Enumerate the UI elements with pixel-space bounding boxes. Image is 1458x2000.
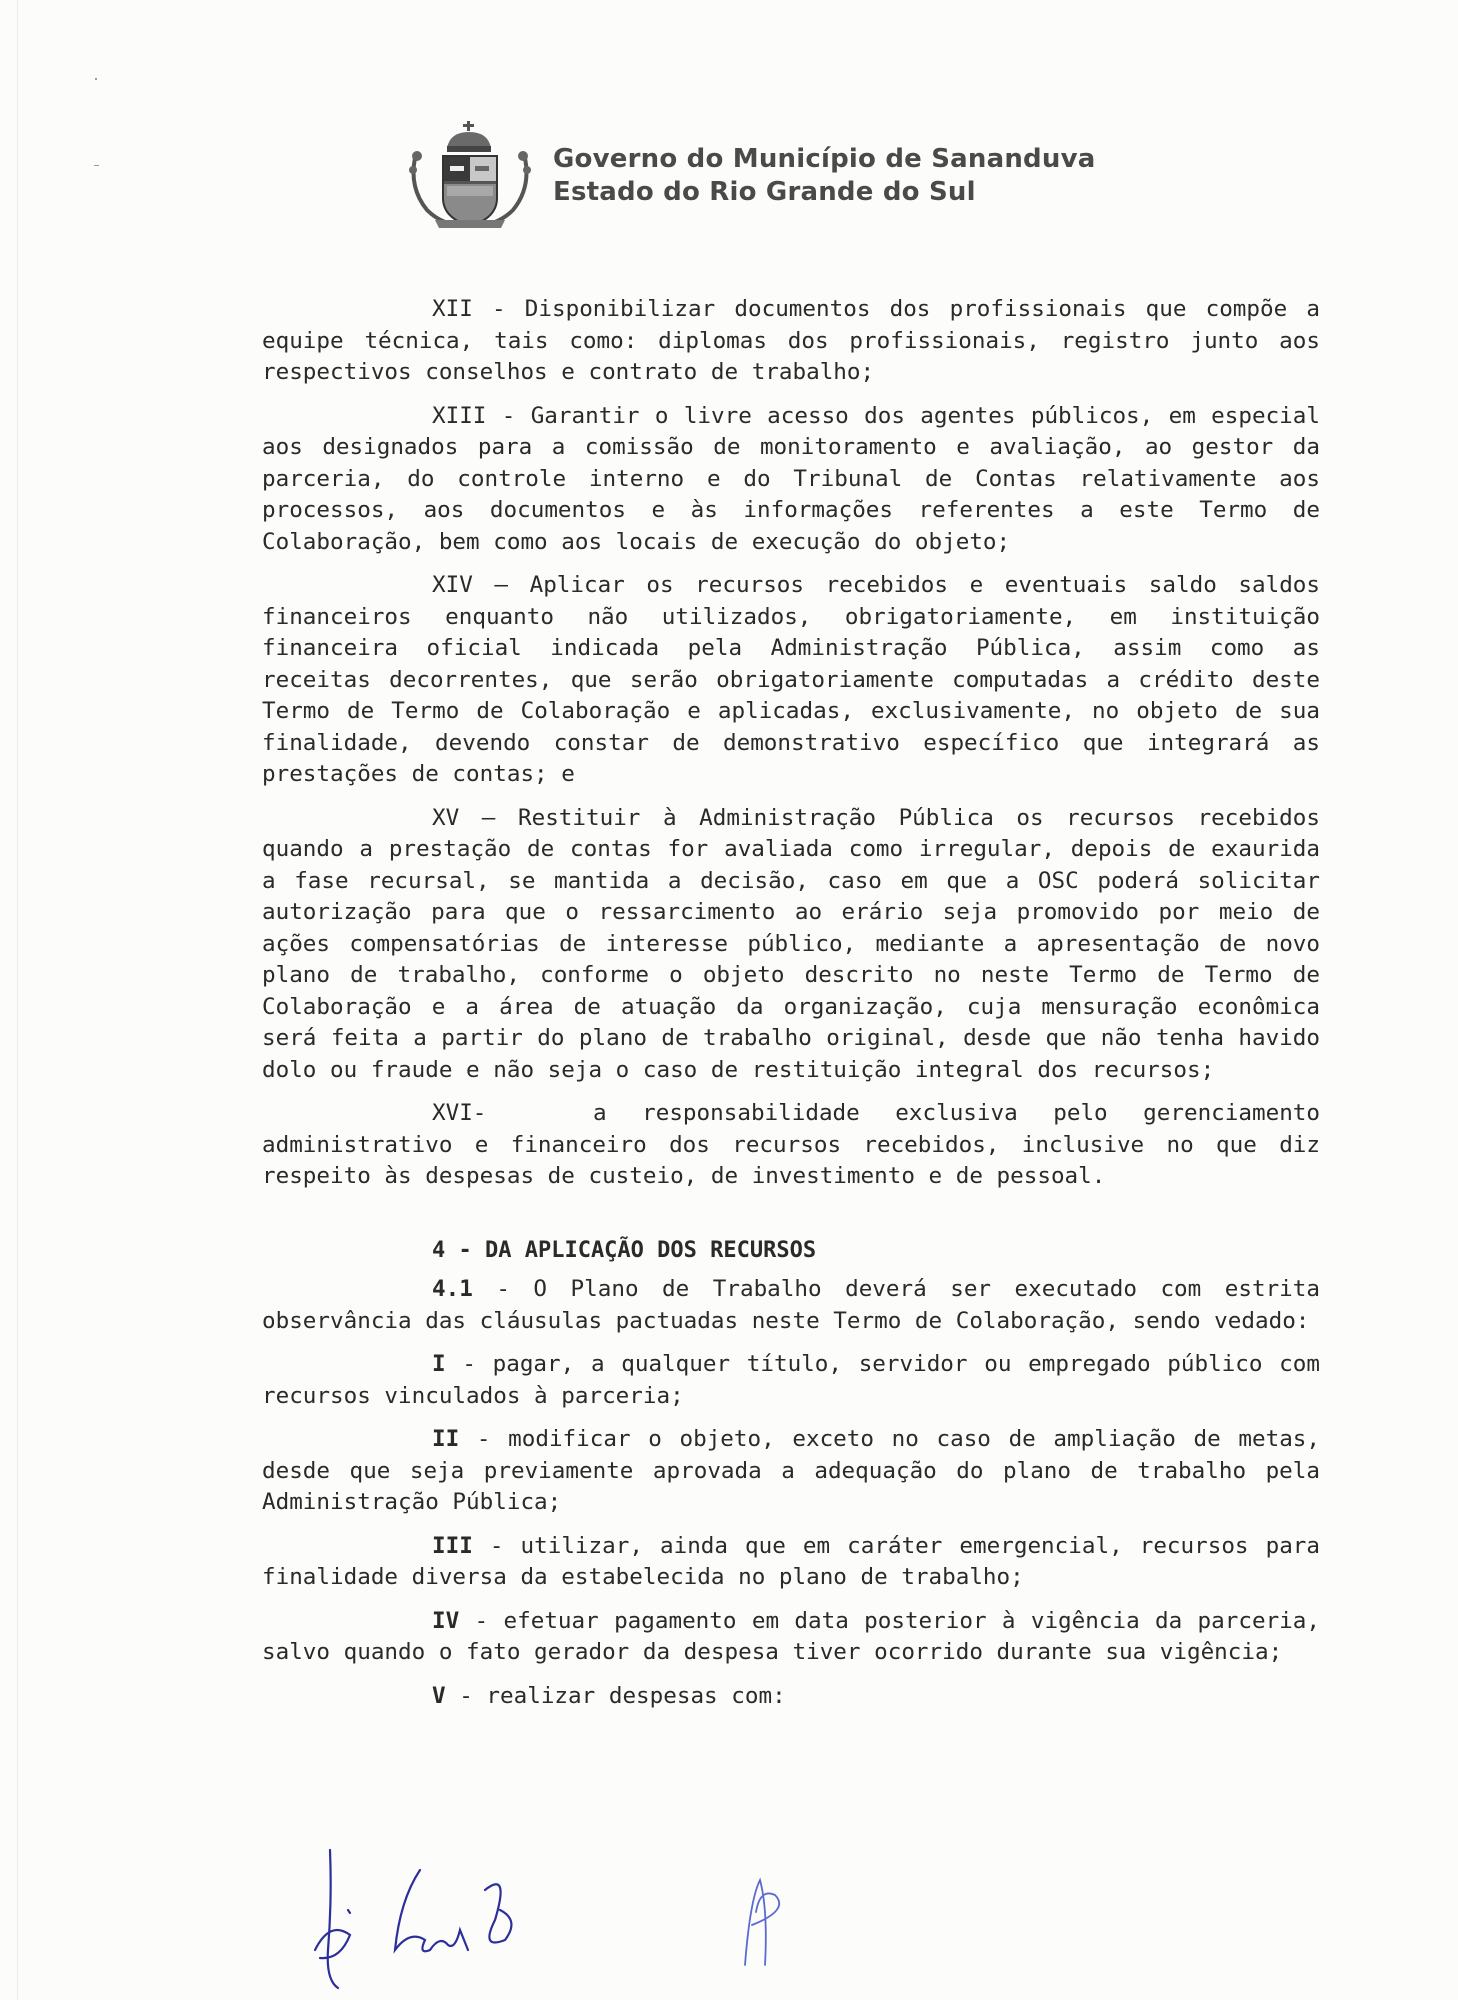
document-body: XII - Disponibilizar documentos dos prof…	[262, 294, 1320, 1724]
clause-item-xv: XV – Restituir à Administração Pública o…	[262, 803, 1320, 1087]
signature-left-icon	[315, 1850, 511, 1988]
section-heading: 4 - DA APLICAÇÃO DOS RECURSOS	[262, 1235, 1320, 1267]
item-text: Restituir à Administração Pública os rec…	[262, 805, 1320, 1083]
item-text: a responsabilidade exclusiva pelo gerenc…	[262, 1100, 1320, 1189]
clause-item-xiv: XIV – Aplicar os recursos recebidos e ev…	[262, 570, 1320, 791]
municipality-name: Governo do Município de Sananduva	[553, 143, 1095, 176]
scan-speck	[94, 165, 99, 166]
clause-item-xiii: XIII - Garantir o livre acesso dos agent…	[262, 401, 1320, 559]
item-number: XIV –	[432, 572, 508, 598]
item-text: - utilizar, ainda que em caráter emergen…	[262, 1533, 1320, 1591]
item-text: - realizar despesas com:	[446, 1683, 786, 1709]
item-number: II	[432, 1426, 459, 1452]
item-number: XV –	[432, 805, 495, 831]
scan-speck	[95, 78, 97, 80]
item-number: XVI-	[432, 1100, 486, 1126]
clause-item-xii: XII - Disponibilizar documentos dos prof…	[262, 294, 1320, 389]
prohibition-item-iii: III - utilizar, ainda que em caráter eme…	[262, 1531, 1320, 1594]
clause-text: - O Plano de Trabalho deverá ser executa…	[262, 1276, 1320, 1334]
item-number: III	[432, 1533, 473, 1559]
prohibition-item-v: V - realizar despesas com:	[262, 1681, 1320, 1713]
scan-edge	[17, 0, 18, 2000]
state-name: Estado do Rio Grande do Sul	[553, 176, 1095, 209]
item-text: Garantir o livre acesso dos agentes públ…	[262, 403, 1320, 555]
item-text: - pagar, a qualquer título, servidor ou …	[262, 1351, 1320, 1409]
item-text: Aplicar os recursos recebidos e eventuai…	[262, 572, 1320, 787]
signature-right-icon	[745, 1880, 779, 1965]
prohibition-item-iv: IV - efetuar pagamento em data posterior…	[262, 1606, 1320, 1669]
item-number: XII -	[432, 296, 506, 322]
item-number: IV	[432, 1608, 459, 1634]
item-text: - efetuar pagamento em data posterior à …	[262, 1608, 1320, 1666]
item-number: XIII -	[432, 403, 515, 429]
clause-number: 4.1	[432, 1276, 473, 1302]
clause-item-xvi: XVI- a responsabilidade exclusiva pelo g…	[262, 1098, 1320, 1193]
prohibition-item-i: I - pagar, a qualquer título, servidor o…	[262, 1349, 1320, 1412]
item-text: Disponibilizar documentos dos profission…	[262, 296, 1320, 385]
signatures	[290, 1840, 1090, 2000]
prohibition-item-ii: II - modificar o objeto, exceto no caso …	[262, 1424, 1320, 1519]
clause-4-1: 4.1 - O Plano de Trabalho deverá ser exe…	[262, 1274, 1320, 1337]
item-text: - modificar o objeto, exceto no caso de …	[262, 1426, 1320, 1515]
item-number: V	[432, 1683, 446, 1709]
item-number: I	[432, 1351, 446, 1377]
letterhead: Governo do Município de Sananduva Estado…	[405, 118, 1095, 233]
coat-of-arms-icon	[405, 118, 535, 233]
